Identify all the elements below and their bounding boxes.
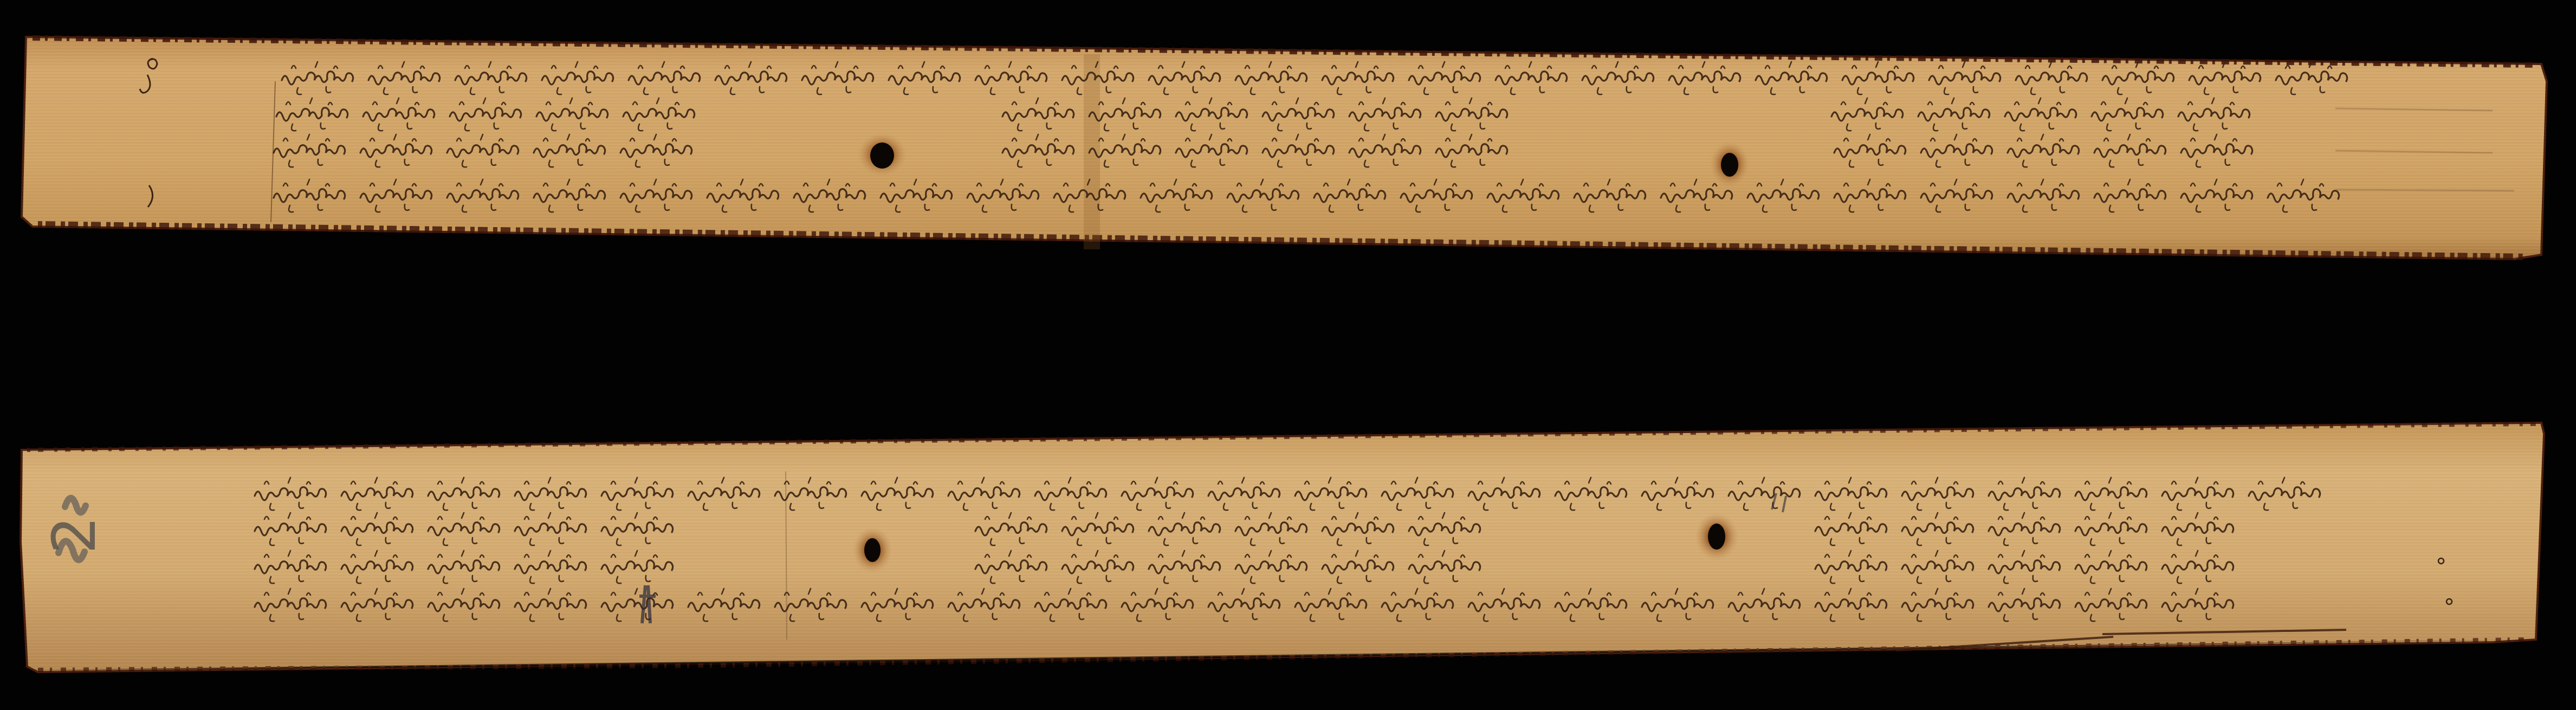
leaf-1-string-hole-right bbox=[1710, 141, 1749, 187]
photo-background: 2 bbox=[0, 0, 2576, 710]
leaf-2: 2 bbox=[21, 423, 2544, 672]
leaf-2-string-hole-left bbox=[853, 527, 892, 573]
manuscript-scene: 2 bbox=[0, 0, 2576, 710]
leaf-1 bbox=[22, 37, 2547, 259]
leaf-1-string-hole-left bbox=[858, 133, 907, 176]
leaf-2-string-hole-right bbox=[1695, 513, 1738, 560]
